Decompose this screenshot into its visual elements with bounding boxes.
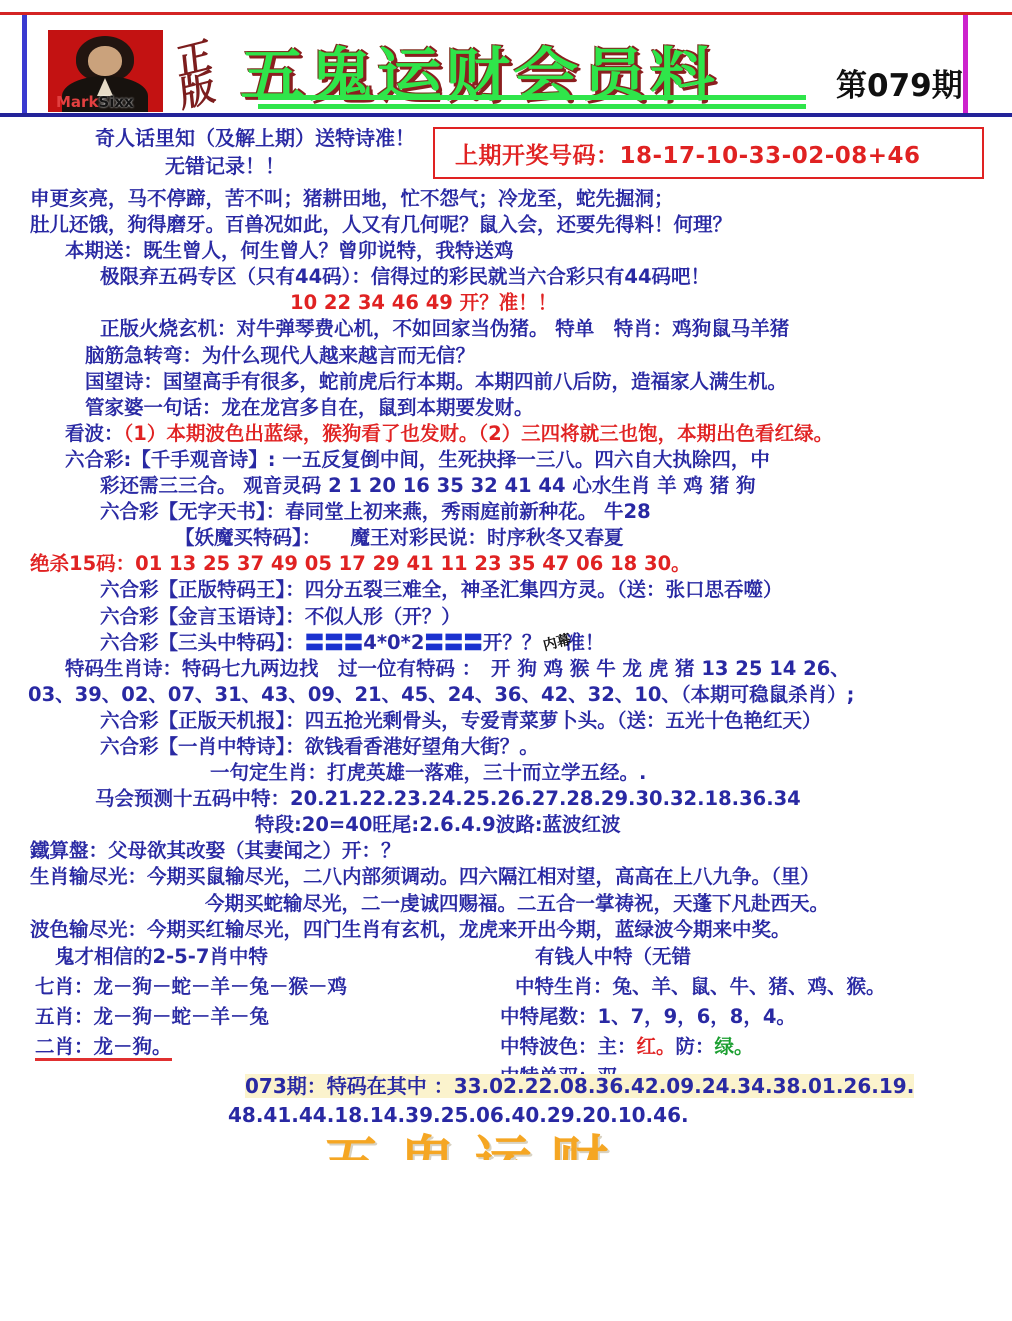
text-segment: 〓〓〓	[424, 631, 483, 654]
text-segment: 管家婆一句话：龙在龙宫多自在，鼠到本期要发财。	[85, 396, 534, 419]
text-line: 马会预测十五码中特：20.21.22.23.24.25.26.27.28.29.…	[0, 786, 1012, 812]
text-segment: 48.41.44.18.14.39.25.06.40.29.20.10.46.	[228, 1103, 689, 1127]
tips-columns: 鬼才相信的2-5-7肖中特七肖：龙－狗－蛇－羊－兔－猴－鸡五肖：龙－狗－蛇－羊－…	[0, 942, 1012, 1092]
text-line: 二肖：龙－狗。	[0, 1032, 500, 1062]
text-line: 极限弃五码专区（只有44码）：信得过的彩民就当六合彩只有44码吧！	[0, 264, 1012, 290]
text-line: 中特波色：主：红。防：绿。	[500, 1032, 1012, 1062]
text-segment: 03、39、02、07、31、43、09、21、45、24、36、42、32、1…	[28, 683, 854, 706]
text-segment: 六合彩【三头中特码】：	[100, 631, 305, 654]
text-line: 六合彩【三头中特码】：〓〓〓4*0*2〓〓〓开？？内幕准！	[0, 630, 1012, 656]
photo-caption-mark: Mark	[56, 93, 98, 111]
text-segment: 波色输尽光：今期买红输尽光，四门生肖有玄机，龙虎来开出今期，蓝绿波今期来中奖。	[30, 918, 791, 941]
text-line: 绝杀15码：01 13 25 37 49 05 17 29 41 11 23 3…	[0, 551, 1012, 577]
text-segment: 魔王对彩民说：时序秋冬又春夏	[312, 526, 624, 549]
text-line: 鬼才相信的2-5-7肖中特	[0, 942, 500, 972]
text-segment: 今期买蛇输尽光，二一虔诚四赐福。二五合一掌祷祝，天蓬下凡赴西天。	[205, 892, 829, 915]
text-segment: 【妖魔买特码】：	[175, 526, 312, 549]
photo-caption: MarkSixx	[56, 93, 134, 111]
issue-number: 第079期	[836, 60, 963, 105]
text-line: 肚儿还饿，狗得磨牙。百兽况如此，人又有几何呢？鼠入会，还要先得料！何理？	[0, 212, 1012, 238]
text-segment: 申更亥亮，马不停蹄，苦不叫；猪耕田地，忙不怨气；冷龙至，蛇先掘洞；	[30, 187, 674, 210]
text-segment: 看波：	[65, 422, 124, 445]
text-line: 有钱人中特（无错	[500, 942, 1012, 972]
text-segment: （1）本期波色出蓝绿，猴狗看了也发财。（2）三四将就三也饱，本期出色看红绿。	[124, 422, 834, 445]
text-line: 六合彩【正版天机报】：四五抢光剩骨头，专爱青菜萝卜头。（送：五光十色艳红天）	[0, 708, 1012, 734]
header-right-border	[963, 15, 968, 115]
text-line: 特段:20=40旺尾:2.6.4.9波路:蓝波红波	[0, 812, 1012, 838]
text-line: 七肖：龙－狗－蛇－羊－兔－猴－鸡	[0, 972, 500, 1002]
text-segment: 六合彩【无字天书】：春同堂上初来燕，秀雨庭前新种花。 牛28	[100, 500, 651, 523]
text-segment: 六合彩【正版天机报】：四五抢光剩骨头，专爱青菜萝卜头。（送：五光十色艳红天）	[100, 709, 822, 732]
text-segment: 〓〓〓	[305, 631, 364, 654]
text-segment: 鐵算盤：父母欲其改娶（其妻闻之）开：？	[30, 839, 401, 862]
header-bottom-rule	[0, 113, 1012, 117]
text-line: 彩还需三三合。 观音灵码 2 1 20 16 35 32 41 44 心水生肖 …	[0, 473, 1012, 499]
text-segment: 极限弃五码专区（只有44码）：信得过的彩民就当六合彩只有44码吧！	[100, 265, 710, 288]
text-segment: 特码生肖诗：特码七九两边找 过一位有特码 ： 开 狗 鸡 猴 牛 龙 虎 猪 1…	[65, 657, 850, 680]
text-segment: 特段:20=40旺尾:2.6.4.9波路:蓝波红波	[255, 813, 621, 836]
text-line: 一句定生肖：打虎英雄一落难，三十而立学五经。.	[0, 760, 1012, 786]
text-line: 本期送：既生曾人，何生曾人？曾卯说特，我特送鸡	[0, 238, 1012, 264]
photo-caption-six: Sixx	[98, 93, 133, 111]
text-line: 申更亥亮，马不停蹄，苦不叫；猪耕田地，忙不怨气；冷龙至，蛇先掘洞；	[0, 186, 1012, 212]
top-red-rule	[0, 12, 1012, 15]
text-line: 看波：（1）本期波色出蓝绿，猴狗看了也发财。（2）三四将就三也饱，本期出色看红绿…	[0, 421, 1012, 447]
text-line: 六合彩:【千手观音诗】: 一五反复倒中间，生死抉择一三八。四六自大执除四，中	[0, 447, 1012, 473]
text-segment: 防：	[676, 1035, 715, 1058]
text-line: 鐵算盤：父母欲其改娶（其妻闻之）开：？	[0, 838, 1012, 864]
previous-draw-numbers: 上期开奖号码：18-17-10-33-02-08+46	[455, 137, 921, 170]
body-text-block: 申更亥亮，马不停蹄，苦不叫；猪耕田地，忙不怨气；冷龙至，蛇先掘洞；肚儿还饿，狗得…	[0, 186, 1012, 943]
text-line: 六合彩【一肖中特诗】：欲钱看香港好望角大街？。	[0, 734, 1012, 760]
text-line: 48.41.44.18.14.39.25.06.40.29.20.10.46.	[0, 1101, 1012, 1130]
text-segment: 开？？	[483, 631, 542, 654]
text-segment: 五肖：龙－狗－蛇－羊－兔	[35, 1005, 269, 1028]
text-segment: 有钱人中特（无错	[535, 945, 691, 968]
text-segment: 二肖：龙－狗。	[35, 1035, 172, 1061]
text-segment: 一句定生肖：打虎英雄一落难，三十而立学五经。.	[210, 761, 646, 784]
text-line: 管家婆一句话：龙在龙宫多自在，鼠到本期要发财。	[0, 395, 1012, 421]
text-segment: 正版火烧玄机：对牛弹琴费心机，不如回家当伪猪。 特单 特肖：鸡狗鼠马羊猪	[100, 317, 789, 340]
masthead-photo: MarkSixx	[48, 30, 163, 112]
text-line: 073期：特码在其中 ：33.02.22.08.36.42.09.24.34.3…	[0, 1072, 1012, 1101]
text-segment: 4*0*2	[363, 631, 424, 654]
text-segment: 鬼才相信的2-5-7肖中特	[55, 945, 268, 968]
intro-line-2: 无错记录！！	[165, 150, 285, 179]
tips-column-right: 有钱人中特（无错中特生肖：兔、羊、鼠、牛、猪、鸡、猴。中特尾数：1、7，9，6，…	[500, 942, 1012, 1092]
text-segment: 脑筋急转弯：为什么现代人越来越言而无信？	[85, 344, 475, 367]
text-segment: 马会预测十五码中特：20.21.22.23.24.25.26.27.28.29.…	[95, 787, 801, 810]
intro-line-1: 奇人话里知（及解上期）送特诗准！	[95, 122, 415, 151]
text-line: 六合彩【无字天书】：春同堂上初来燕，秀雨庭前新种花。 牛28	[0, 499, 1012, 525]
text-line: 中特尾数：1、7，9，6，8，4。	[500, 1002, 1012, 1032]
text-segment: 六合彩【金言玉语诗】：不似人形（开？）	[100, 605, 461, 628]
text-line: 五肖：龙－狗－蛇－羊－兔	[0, 1002, 500, 1032]
text-segment: 中特生肖：兔、羊、鼠、牛、猪、鸡、猴。	[515, 975, 886, 998]
text-line: 今期买蛇输尽光，二一虔诚四赐福。二五合一掌祷祝，天蓬下凡赴西天。	[0, 891, 1012, 917]
clipped-watermark: 五鬼运财．	[322, 1128, 782, 1160]
text-segment: 六合彩:【千手观音诗】: 一五反复倒中间，生死抉择一三八。四六自大执除四，中	[65, 448, 770, 471]
authentic-stamp: 正版	[165, 37, 226, 115]
text-segment: 绝杀15码：01 13 25 37 49 05 17 29 41 11 23 3…	[30, 552, 691, 575]
text-line: 03、39、02、07、31、43、09、21、45、24、36、42、32、1…	[0, 682, 1012, 708]
text-segment: 生肖输尽光：今期买鼠输尽光，二八内部须调动。四六隔江相对望，高高在上八九争。（里…	[30, 865, 820, 888]
text-line: 特码生肖诗：特码七九两边找 过一位有特码 ： 开 狗 鸡 猴 牛 龙 虎 猪 1…	[0, 656, 1012, 682]
text-line: 正版火烧玄机：对牛弹琴费心机，不如回家当伪猪。 特单 特肖：鸡狗鼠马羊猪	[0, 316, 1012, 342]
text-segment: 彩还需三三合。 观音灵码 2 1 20 16 35 32 41 44 心水生肖 …	[100, 474, 756, 497]
previous-draw-box: 上期开奖号码：18-17-10-33-02-08+46	[433, 127, 984, 179]
text-segment: 七肖：龙－狗－蛇－羊－兔－猴－鸡	[35, 975, 347, 998]
text-line: 【妖魔买特码】： 魔王对彩民说：时序秋冬又春夏	[0, 525, 1012, 551]
text-segment: 国望诗：国望高手有很多，蛇前虎后行本期。本期四前八后防，造福家人满生机。	[85, 370, 787, 393]
footer-text-block: 073期：特码在其中 ：33.02.22.08.36.42.09.24.34.3…	[0, 1072, 1012, 1129]
text-line: 生肖输尽光：今期买鼠输尽光，二八内部须调动。四六隔江相对望，高高在上八九争。（里…	[0, 864, 1012, 890]
text-line: 10 22 34 46 49 开？准！！	[0, 290, 1012, 316]
text-segment: 六合彩【一肖中特诗】：欲钱看香港好望角大街？。	[100, 735, 539, 758]
text-line: 六合彩【金言玉语诗】：不似人形（开？）	[0, 604, 1012, 630]
text-line: 波色输尽光：今期买红输尽光，四门生肖有玄机，龙虎来开出今期，蓝绿波今期来中奖。	[0, 917, 1012, 943]
text-segment: 绿。	[715, 1035, 754, 1058]
text-segment: 本期送：既生曾人，何生曾人？曾卯说特，我特送鸡	[65, 239, 514, 262]
text-segment: 073期：特码在其中 ：33.02.22.08.36.42.09.24.34.3…	[245, 1074, 914, 1098]
tips-column-left: 鬼才相信的2-5-7肖中特七肖：龙－狗－蛇－羊－兔－猴－鸡五肖：龙－狗－蛇－羊－…	[0, 942, 500, 1092]
text-line: 国望诗：国望高手有很多，蛇前虎后行本期。本期四前八后防，造福家人满生机。	[0, 369, 1012, 395]
text-line: 脑筋急转弯：为什么现代人越来越言而无信？	[0, 343, 1012, 369]
text-segment: 10 22 34 46 49 开？准！！	[290, 291, 557, 314]
text-segment: 中特尾数：1、7，9，6，8，4。	[500, 1005, 796, 1028]
text-segment: 中特波色：主：	[500, 1035, 637, 1058]
header-left-border	[22, 15, 27, 115]
text-line: 六合彩【正版特码王】：四分五裂三难全，神圣汇集四方灵。（送：张口思吞噬）	[0, 577, 1012, 603]
text-segment: 六合彩【正版特码王】：四分五裂三难全，神圣汇集四方灵。（送：张口思吞噬）	[100, 578, 783, 601]
text-line: 中特生肖：兔、羊、鼠、牛、猪、鸡、猴。	[500, 972, 1012, 1002]
title-underline	[258, 95, 806, 113]
text-segment: 红。	[637, 1035, 676, 1058]
photo-face-shape	[88, 46, 122, 76]
text-segment: 肚儿还饿，狗得磨牙。百兽况如此，人又有几何呢？鼠入会，还要先得料！何理？	[30, 213, 732, 236]
